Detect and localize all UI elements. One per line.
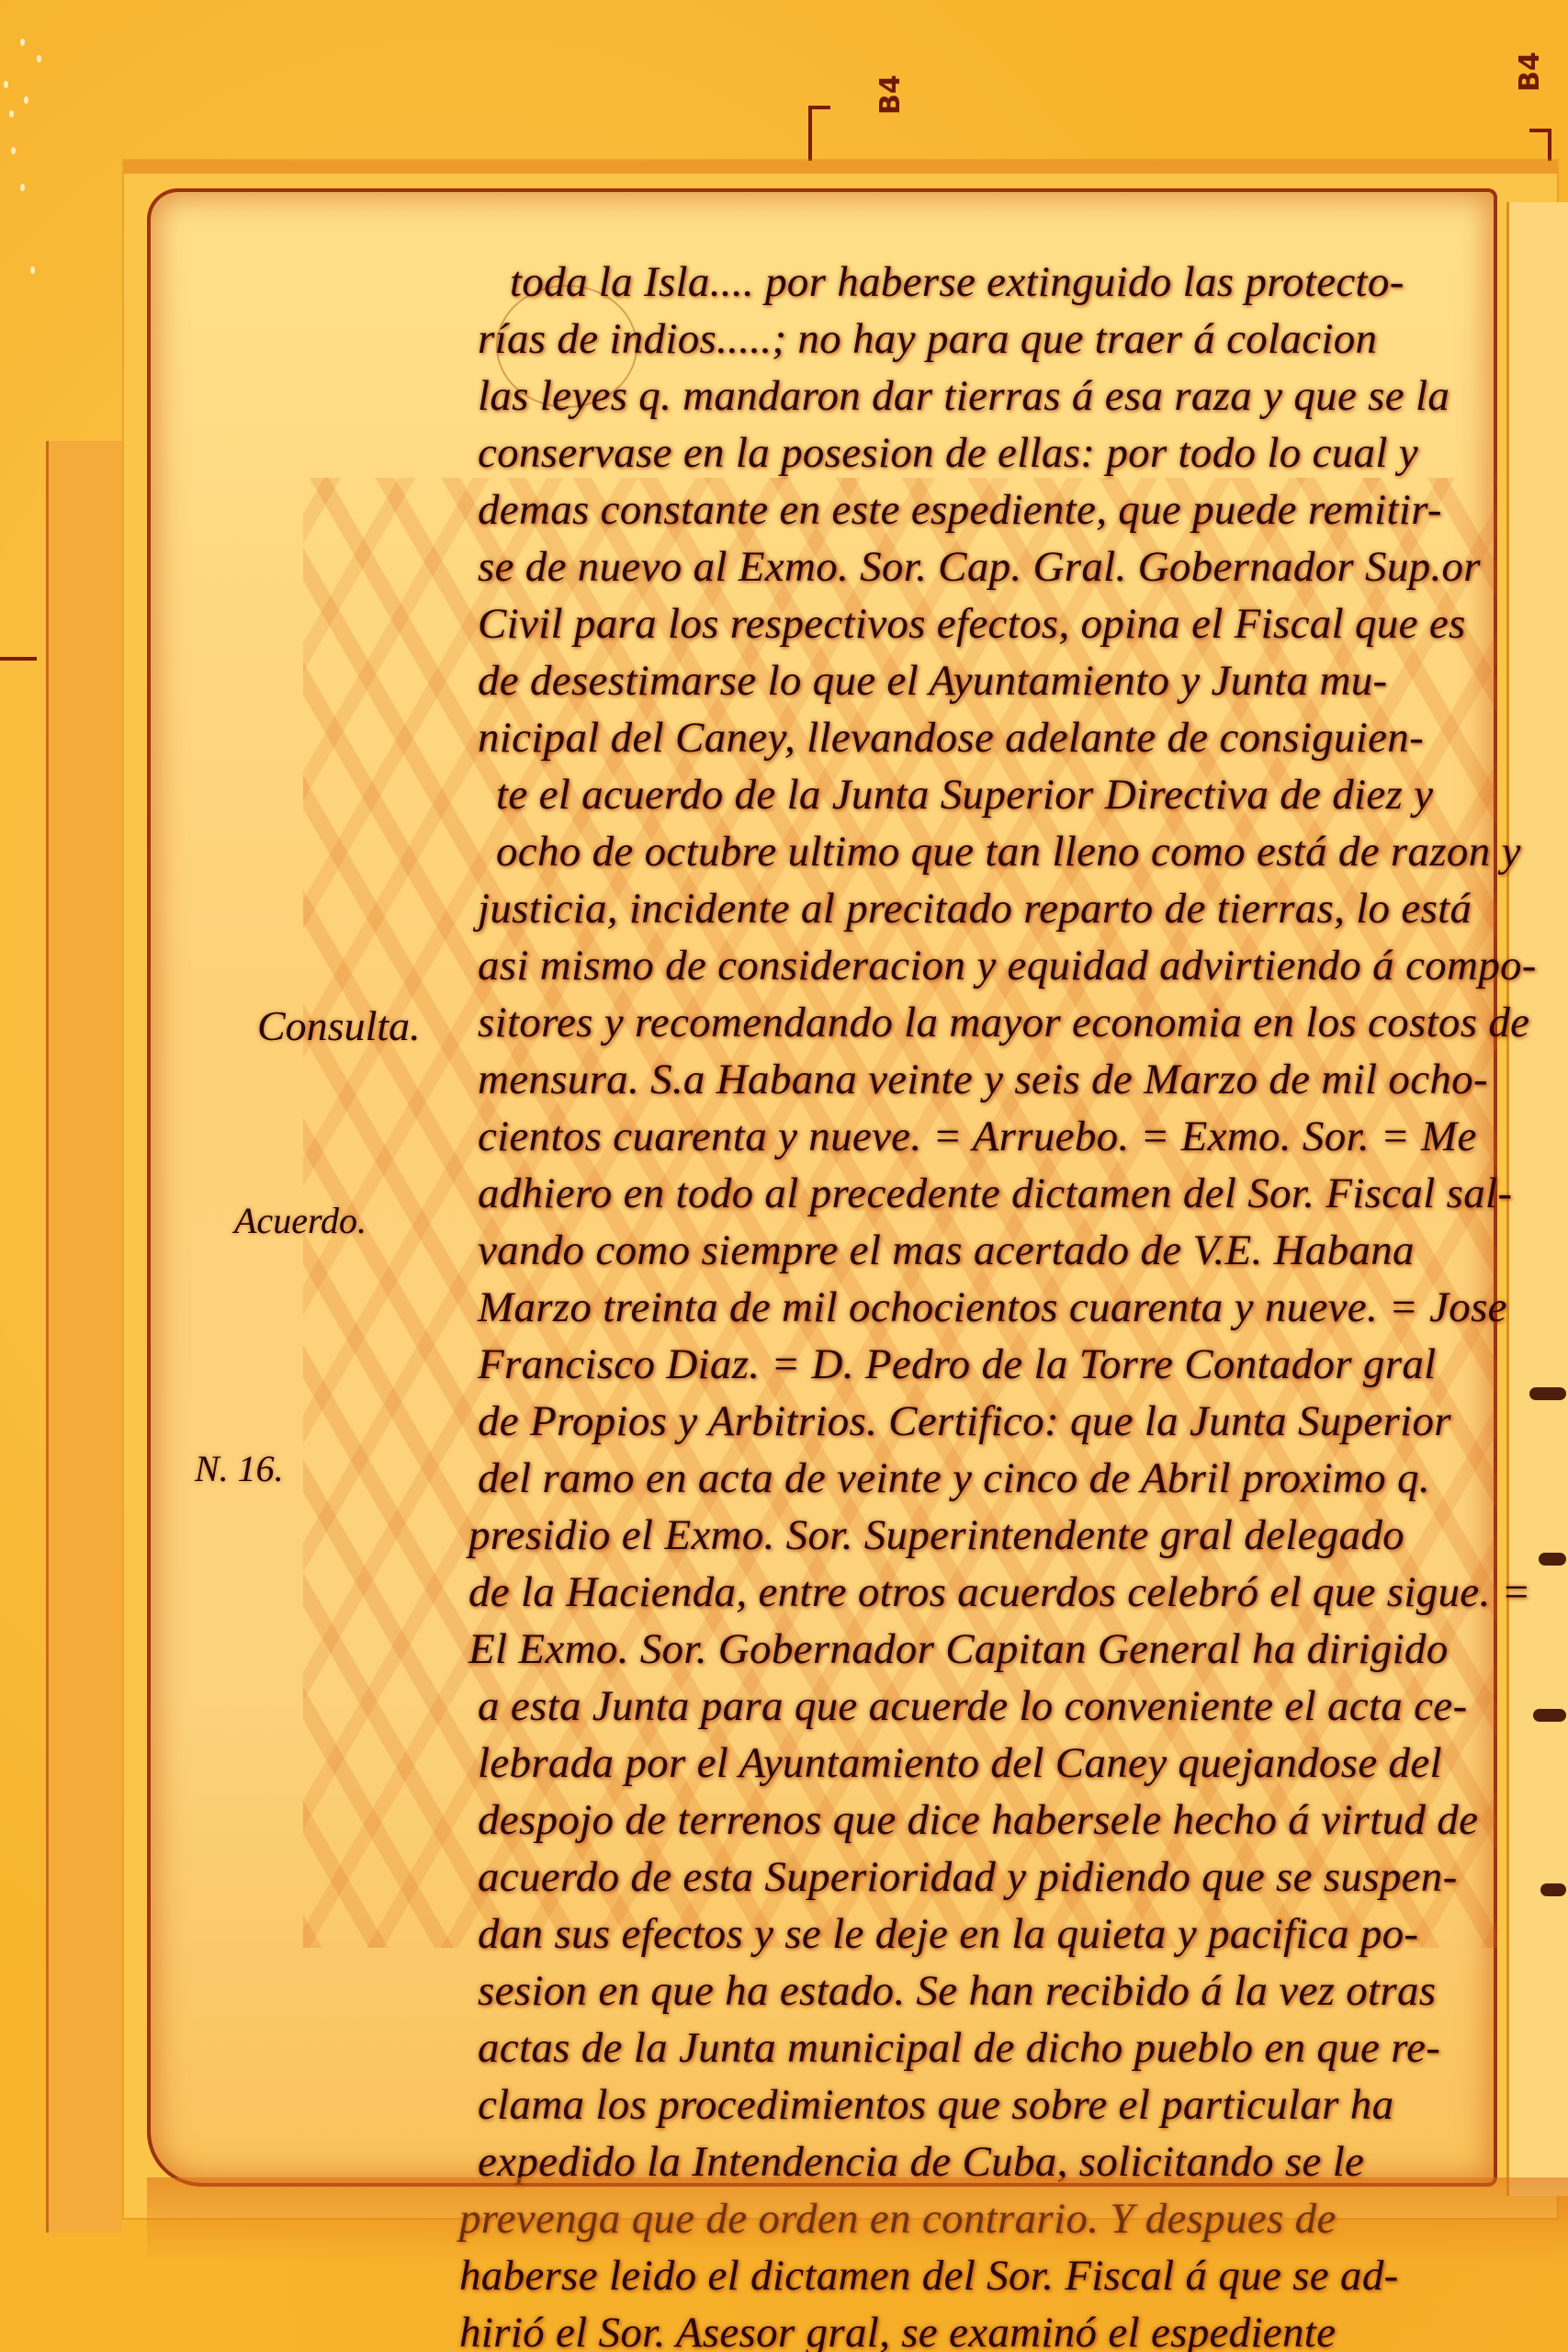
- text-line: cientos cuarenta y nueve. = Arruebo. = E…: [478, 1112, 1477, 1161]
- left-binding-flap: [46, 441, 122, 2233]
- text-line: vando como siempre el mas acertado de V.…: [478, 1226, 1415, 1275]
- text-line: clama los procedimientos que sobre el pa…: [478, 2080, 1393, 2130]
- text-line: acuerdo de esta Superioridad y pidiendo …: [478, 1852, 1458, 1902]
- text-line: Marzo treinta de mil ochocientos cuarent…: [478, 1283, 1507, 1332]
- text-line: dan sus efectos y se le deje en la quiet…: [478, 1909, 1418, 1959]
- text-line: las leyes q. mandaron dar tierras á esa …: [478, 371, 1450, 421]
- text-line: despojo de terrenos que dice habersele h…: [478, 1795, 1478, 1845]
- page-bottom-edge: [147, 2177, 1568, 2260]
- crop-label-top-right: B4: [1514, 51, 1546, 92]
- text-line: hirió el Sor. Asesor gral, se examinó el…: [459, 2308, 1336, 2352]
- crop-label-top-center: B4: [874, 74, 907, 115]
- text-line: demas constante en este espediente, que …: [478, 485, 1442, 535]
- text-line: se de nuevo al Exmo. Sor. Cap. Gral. Gob…: [478, 542, 1481, 592]
- margin-note-consulta: Consulta.: [257, 1001, 421, 1050]
- crop-mark-left: [0, 657, 37, 661]
- text-line: mensura. S.a Habana veinte y seis de Mar…: [478, 1055, 1488, 1104]
- margin-note-acuerdo: Acuerdo.: [234, 1199, 367, 1242]
- text-line: de Propios y Arbitrios. Certifico: que l…: [478, 1396, 1451, 1446]
- text-line: de desestimarse lo que el Ayuntamiento y…: [478, 656, 1387, 706]
- text-line: sesion en que ha estado. Se han recibido…: [478, 1966, 1436, 2016]
- text-line: sitores y recomendando la mayor economia…: [478, 998, 1529, 1047]
- text-line: Francisco Diaz. = D. Pedro de la Torre C…: [478, 1340, 1436, 1389]
- text-line: lebrada por el Ayuntamiento del Caney qu…: [478, 1738, 1442, 1788]
- text-line: conservase en la posesion de ellas: por …: [478, 428, 1418, 478]
- text-line: ocho de octubre ultimo que tan lleno com…: [496, 827, 1521, 876]
- text-line: asi mismo de consideracion y equidad adv…: [478, 941, 1537, 990]
- text-line: Civil para los respectivos efectos, opin…: [478, 599, 1466, 649]
- text-line: toda la Isla.... por haberse extinguido …: [510, 257, 1404, 307]
- text-line: de la Hacienda, entre otros acuerdos cel…: [468, 1567, 1531, 1617]
- text-line: del ramo en acta de veinte y cinco de Ab…: [478, 1453, 1430, 1503]
- text-line: a esta Junta para que acuerde lo conveni…: [478, 1681, 1467, 1731]
- text-line: nicipal del Caney, llevandose adelante d…: [478, 713, 1424, 763]
- adjacent-page-ink-marks: [1520, 1332, 1566, 1975]
- text-line: El Exmo. Sor. Gobernador Capitan General…: [468, 1624, 1449, 1674]
- text-line: te el acuerdo de la Junta Superior Direc…: [496, 770, 1433, 820]
- text-line: adhiero en todo al precedente dictamen d…: [478, 1169, 1512, 1218]
- text-line: justicia, incidente al precitado reparto…: [478, 884, 1472, 933]
- text-line: presidio el Exmo. Sor. Superintendente g…: [468, 1510, 1404, 1560]
- margin-note-number: N. 16.: [195, 1447, 284, 1490]
- text-line: actas de la Junta municipal de dicho pue…: [478, 2023, 1440, 2073]
- text-line: rías de indios.....; no hay para que tra…: [478, 314, 1377, 364]
